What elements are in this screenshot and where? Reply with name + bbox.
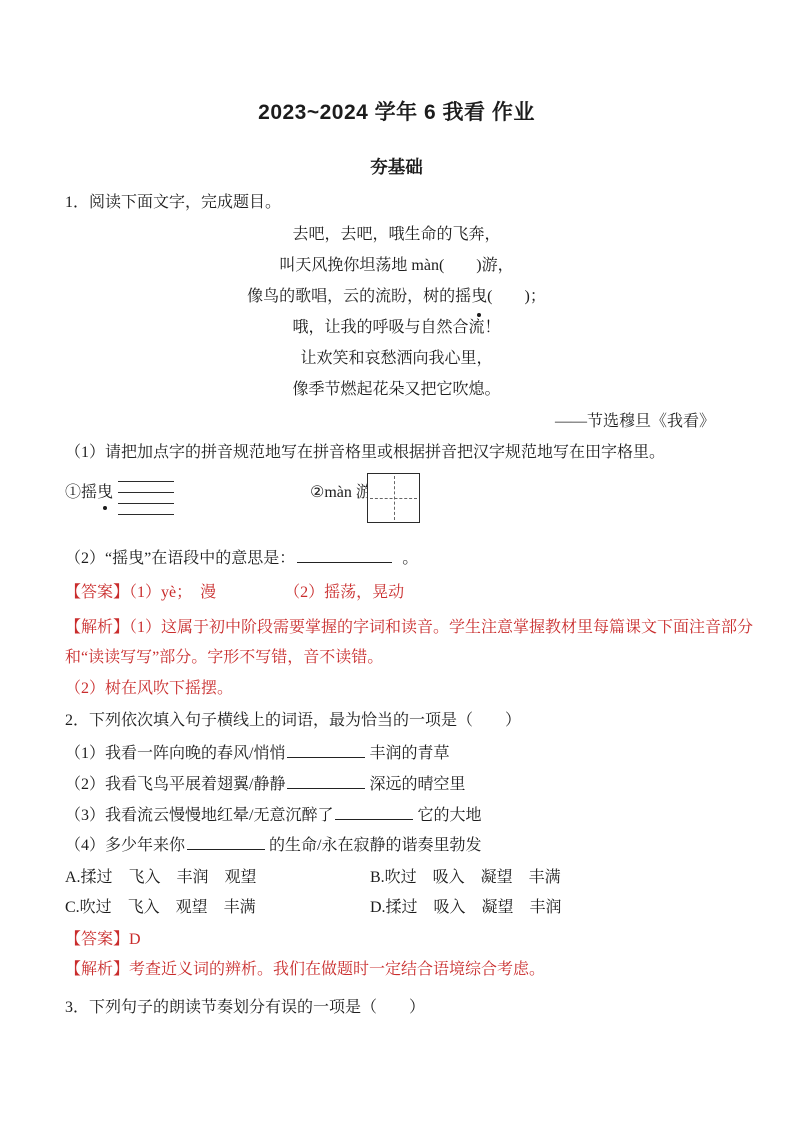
- sub2-prefix: （2）“摇曳”在语段中的意思是：: [65, 550, 295, 567]
- question-1-sub2: （2）“摇曳”在语段中的意思是：。: [65, 548, 738, 570]
- option-d: D.揉过 吸入 凝望 丰润: [370, 897, 562, 919]
- item-suffix: 深远的晴空里: [369, 776, 465, 793]
- option-b: B.吹过 吸入 凝望 丰满: [370, 867, 561, 889]
- poem-line: 像鸟的歌唱，云的流盼，树的摇曳( )；: [0, 281, 793, 312]
- poem-line: 哦，让我的呼吸与自然合流！: [0, 312, 793, 343]
- question-1-answer: 【答案】（1）yè； 漫（2）摇荡，晃动: [65, 582, 738, 604]
- item-prefix: （2）我看飞鸟平展着翅翼/静静: [65, 776, 285, 793]
- answer-part2: （2）摇荡，晃动: [284, 584, 404, 601]
- options-row-2: C.吹过 飞入 观望 丰满 D.揉过 吸入 凝望 丰润: [65, 897, 793, 919]
- worksheet-page: 2023~2024 学年 6 我看 作业 夯基础 1．阅读下面文字，完成题目。 …: [0, 0, 793, 1122]
- option-c: C.吹过 飞入 观望 丰满: [65, 899, 256, 916]
- pinyin-item-label: ①摇曳: [65, 481, 113, 505]
- poem-line3-pre: 像鸟的歌唱，云的流盼，树的摇: [247, 288, 471, 305]
- pinyin-item-label-pre: ①摇: [65, 484, 97, 501]
- poem-line: 让欢笑和哀愁洒向我心里，: [0, 343, 793, 374]
- item-suffix: 的生命/永在寂静的谐奏里勃发: [269, 837, 481, 854]
- question-1-sub1: （1）请把加点字的拼音规范地写在拼音格里或根据拼音把汉字规范地写在田字格里。: [65, 442, 738, 464]
- answer-part1: 【答案】（1）yè； 漫: [65, 584, 216, 601]
- answer-blank: [187, 835, 265, 850]
- question-2-item: （1）我看一阵向晚的春风/悄悄丰润的青草: [65, 743, 738, 765]
- page-title: 2023~2024 学年 6 我看 作业: [0, 100, 793, 126]
- question-2-stem: 2．下列依次填入句子横线上的词语，最为恰当的一项是（ ）: [65, 710, 738, 732]
- item-suffix: 丰润的青草: [369, 745, 449, 762]
- question-2-item: （2）我看飞鸟平展着翅翼/静静深远的晴空里: [65, 774, 738, 796]
- item-prefix: （4）多少年来你: [65, 837, 185, 854]
- poem-attribution: ——节选穆旦《我看》: [0, 411, 715, 433]
- pinyin-grid: [118, 481, 174, 525]
- question-1-stem: 1．阅读下面文字，完成题目。: [65, 192, 738, 214]
- question-3-stem: 3．下列句子的朗读节奏划分有误的一项是（ ）: [65, 997, 738, 1019]
- tianzige-grid: [367, 473, 420, 523]
- hanzi-item-label: ②màn 游: [310, 481, 372, 505]
- poem-line: 像季节燃起花朵又把它吹熄。: [0, 374, 793, 405]
- question-2-analysis: 【解析】考查近义词的辨析。我们在做题时一定结合语境综合考虑。: [65, 959, 738, 981]
- poem-line: 叫天风挽你坦荡地 màn( )游，: [0, 250, 793, 281]
- pinyin-grid-line: [118, 492, 174, 503]
- emphasized-char-ye: 曳: [471, 281, 487, 312]
- answer-blank: [287, 774, 365, 789]
- poem-line3-post: ( )；: [487, 288, 546, 305]
- answer-blank: [287, 743, 365, 758]
- options-row-1: A.揉过 飞入 丰润 观望 B.吹过 吸入 凝望 丰满: [65, 867, 793, 889]
- tianzige-horizontal-dash: [370, 498, 417, 499]
- poem-excerpt: 去吧，去吧，哦生命的飞奔， 叫天风挽你坦荡地 màn( )游， 像鸟的歌唱，云的…: [0, 219, 793, 405]
- emphasized-char-ye: 曳: [97, 481, 113, 505]
- question-2-item: （3）我看流云慢慢地红晕/无意沉醉了它的大地: [65, 805, 738, 827]
- option-a: A.揉过 飞入 丰润 观望: [65, 869, 257, 886]
- answer-blank: [335, 805, 413, 820]
- sub2-suffix: 。: [402, 550, 418, 567]
- question-2-item: （4）多少年来你的生命/永在寂静的谐奏里勃发: [65, 835, 738, 857]
- question-1-analysis-line: 【解析】（1）这属于初中阶段需要掌握的字词和读音。学生注意掌握教材里每篇课文下面…: [65, 617, 738, 639]
- question-1-analysis-line: 和“读读写写”部分。字形不写错，音不读错。: [65, 647, 738, 669]
- pinyin-grid-line: [118, 503, 174, 514]
- question-1-analysis-line: （2）树在风吹下摇摆。: [65, 678, 738, 700]
- poem-line: 去吧，去吧，哦生命的飞奔，: [0, 219, 793, 250]
- item-suffix: 它的大地: [417, 807, 481, 824]
- question-2-answer: 【答案】D: [65, 929, 738, 951]
- pinyin-grid-line: [118, 481, 174, 492]
- pinyin-grid-line: [118, 514, 174, 525]
- item-prefix: （3）我看流云慢慢地红晕/无意沉醉了: [65, 807, 333, 824]
- item-prefix: （1）我看一阵向晚的春风/悄悄: [65, 745, 285, 762]
- answer-blank: [297, 548, 392, 563]
- section-heading: 夯基础: [0, 155, 793, 179]
